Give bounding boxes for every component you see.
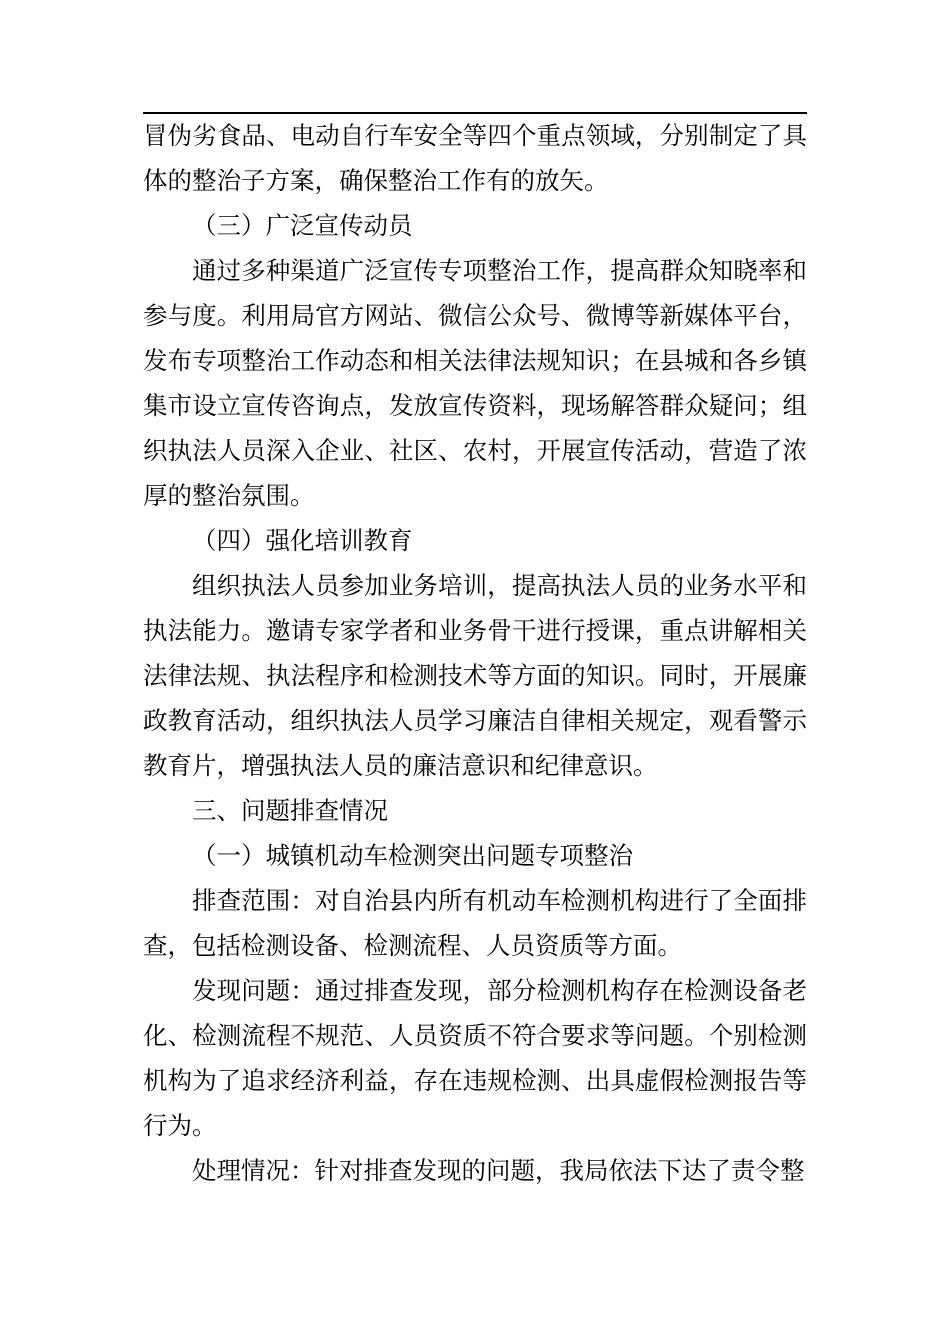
paragraph-investigation-scope: 排查范围：对自治县内所有机动车检测机构进行了全面排查，包括检测设备、检测流程、人… [143,879,807,969]
paragraph-handling-cutoff: 处理情况：针对排查发现的问题，我局依法下达了责令整 [143,1149,807,1194]
heading-section-3-publicity: （三）广泛宣传动员 [143,204,807,249]
paragraph-continuation: 冒伪劣食品、电动自行车安全等四个重点领域，分别制定了具体的整治子方案，确保整治工… [143,114,807,204]
paragraph-problems-found: 发现问题：通过排查发现，部分检测机构存在检测设备老化、检测流程不规范、人员资质不… [143,969,807,1149]
document-body: 冒伪劣食品、电动自行车安全等四个重点领域，分别制定了具体的整治子方案，确保整治工… [143,114,807,1194]
document-page: 冒伪劣食品、电动自行车安全等四个重点领域，分别制定了具体的整治子方案，确保整治工… [0,0,950,1344]
heading-section-4-training: （四）强化培训教育 [143,519,807,564]
heading-item-1-vehicle-inspection: （一）城镇机动车检测突出问题专项整治 [143,834,807,879]
heading-part-3-problem-investigation: 三、问题排查情况 [143,789,807,834]
paragraph-publicity-channels: 通过多种渠道广泛宣传专项整治工作，提高群众知晓率和参与度。利用局官方网站、微信公… [143,249,807,519]
paragraph-training-education: 组织执法人员参加业务培训，提高执法人员的业务水平和执法能力。邀请专家学者和业务骨… [143,564,807,789]
